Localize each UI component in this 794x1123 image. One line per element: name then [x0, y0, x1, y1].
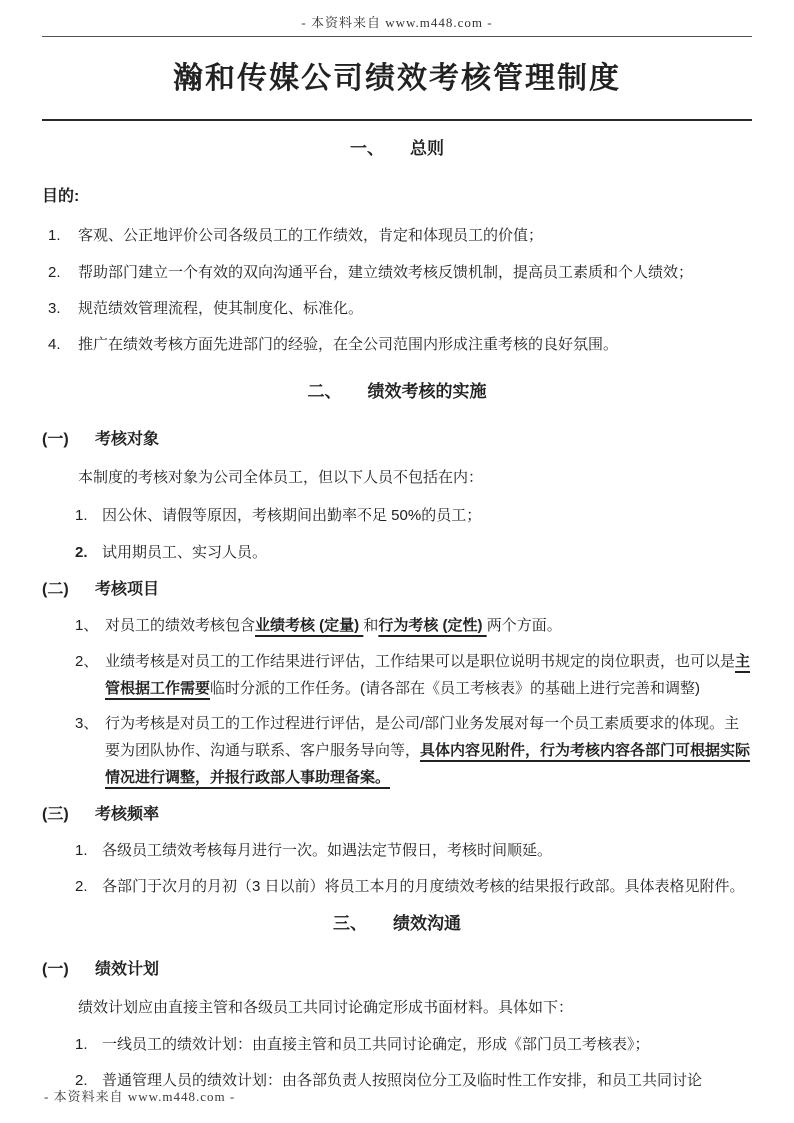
subsection-appraisal-items-heading: (二) 考核项目 [42, 578, 752, 602]
purpose-item-3: 3. 规范绩效管理流程，使其制度化、标准化。 [48, 295, 752, 322]
chapter-3-heading: 三、 绩效沟通 [42, 912, 752, 936]
item-text: 推广在绩效考核方面先进部门的经验，在全公司范围内形成注重考核的良好氛围。 [78, 331, 618, 358]
item-text: 业绩考核是对员工的工作结果进行评估，工作结果可以是职位说明书规定的岗位职责，也可… [105, 648, 752, 702]
item-marker: 1. [75, 837, 102, 864]
item-text: 一线员工的绩效计划：由直接主管和员工共同讨论确定，形成《部门员工考核表》； [102, 1031, 650, 1058]
subsection-title: 考核项目 [95, 578, 159, 602]
document-title: 瀚和传媒公司绩效考核管理制度 [42, 59, 752, 99]
text-segment: 业绩考核是对员工的工作结果进行评估，工作结果可以是职位说明书规定的岗位职责，也可… [105, 653, 735, 670]
target-exclusion-1: 1. 因公休、请假等原因，考核期间出勤率不足 50%的员工； [75, 502, 752, 529]
subsection-marker: (一) [42, 428, 95, 452]
appraisal-targets-list: 1. 因公休、请假等原因，考核期间出勤率不足 50%的员工； 2. 试用期员工、… [42, 502, 752, 566]
purpose-label: 目的: [42, 183, 752, 206]
performance-plan-intro: 绩效计划应由直接主管和各级员工共同讨论确定形成书面材料。具体如下： [78, 994, 752, 1021]
subsection-marker: (一) [42, 958, 95, 982]
item-text: 各级员工绩效考核每月进行一次。如遇法定节假日，考核时间顺延。 [102, 837, 552, 864]
text-segment: 临时分派的工作任务。(请各部在《员工考核表》的基础上进行完善和调整) [210, 680, 700, 697]
item-text: 行为考核是对员工的工作过程进行评估，是公司/部门业务发展对每一个员工素质要求的体… [105, 710, 752, 791]
chapter-3-number: 三、 [333, 912, 367, 936]
subsection-title: 考核对象 [95, 428, 159, 452]
appraisal-frequency-list: 1. 各级员工绩效考核每月进行一次。如遇法定节假日，考核时间顺延。 2. 各部门… [42, 837, 752, 900]
header-watermark: - 本资料来自 www.m448.com - [42, 12, 752, 31]
text-segment: 对员工的绩效考核包含 [105, 617, 255, 634]
appraisal-targets-intro: 本制度的考核对象为公司全体员工，但以下人员不包括在内： [78, 464, 752, 491]
item-marker: 2、 [75, 648, 105, 675]
chapter-2-number: 二、 [308, 380, 342, 404]
item-text: 因公休、请假等原因，考核期间出勤率不足 50%的员工； [102, 502, 481, 529]
item-marker: 2. [75, 873, 102, 900]
item-marker: 2. [48, 259, 78, 286]
performance-plan-list: 1. 一线员工的绩效计划：由直接主管和员工共同讨论确定，形成《部门员工考核表》；… [42, 1031, 752, 1094]
chapter-1-heading: 一、 总则 [42, 137, 752, 161]
frequency-item-2: 2. 各部门于次月的月初（3 日以前）将员工本月的月度绩效考核的结果报行政部。具… [75, 873, 752, 900]
title-divider [42, 119, 752, 121]
appraisal-items-list: 1、 对员工的绩效考核包含业绩考核 (定量) 和行为考核 (定性) 两个方面。 … [42, 612, 752, 791]
item-marker: 2. [75, 539, 102, 566]
emphasized-segment: 业绩考核 (定量) [255, 617, 363, 634]
item-marker: 1. [48, 222, 78, 249]
chapter-2-heading: 二、 绩效考核的实施 [42, 380, 752, 404]
appraisal-item-1: 1、 对员工的绩效考核包含业绩考核 (定量) 和行为考核 (定性) 两个方面。 [75, 612, 752, 639]
page-footer: - 本资料来自 www.m448.com - [44, 1086, 235, 1105]
item-marker: 1、 [75, 612, 105, 639]
text-segment: 两个方面。 [487, 617, 562, 634]
chapter-2-title: 绩效考核的实施 [368, 380, 487, 404]
subsection-marker: (三) [42, 803, 95, 827]
item-marker: 1. [75, 1031, 102, 1058]
footer-watermark: - 本资料来自 www.m448.com - [44, 1086, 235, 1105]
item-marker: 3. [48, 295, 78, 322]
frequency-item-1: 1. 各级员工绩效考核每月进行一次。如遇法定节假日，考核时间顺延。 [75, 837, 752, 864]
chapter-3-title: 绩效沟通 [393, 912, 461, 936]
purpose-item-2: 2. 帮助部门建立一个有效的双向沟通平台，建立绩效考核反馈机制，提高员工素质和个… [48, 259, 752, 286]
item-text: 对员工的绩效考核包含业绩考核 (定量) 和行为考核 (定性) 两个方面。 [105, 612, 562, 639]
subsection-title: 考核频率 [95, 803, 159, 827]
text-segment: 和 [363, 617, 378, 634]
chapter-1-number: 一、 [350, 137, 384, 161]
subsection-performance-plan-heading: (一) 绩效计划 [42, 958, 752, 982]
subsection-appraisal-frequency-heading: (三) 考核频率 [42, 803, 752, 827]
item-marker: 3、 [75, 710, 105, 737]
chapter-1-title: 总则 [410, 137, 444, 161]
purpose-list: 1. 客观、公正地评价公司各级员工的工作绩效，肯定和体现员工的价值； 2. 帮助… [42, 222, 752, 358]
appraisal-item-2: 2、 业绩考核是对员工的工作结果进行评估，工作结果可以是职位说明书规定的岗位职责… [75, 648, 752, 702]
item-text: 试用期员工、实习人员。 [102, 539, 267, 566]
item-text: 规范绩效管理流程，使其制度化、标准化。 [78, 295, 363, 322]
target-exclusion-2: 2. 试用期员工、实习人员。 [75, 539, 752, 566]
plan-item-1: 1. 一线员工的绩效计划：由直接主管和员工共同讨论确定，形成《部门员工考核表》； [75, 1031, 752, 1058]
emphasized-segment: 行为考核 (定性) [378, 617, 486, 634]
item-marker: 1. [75, 502, 102, 529]
appraisal-item-3: 3、 行为考核是对员工的工作过程进行评估，是公司/部门业务发展对每一个员工素质要… [75, 710, 752, 791]
page-header: - 本资料来自 www.m448.com - [42, 0, 752, 37]
item-text: 客观、公正地评价公司各级员工的工作绩效，肯定和体现员工的价值； [78, 222, 543, 249]
purpose-item-4: 4. 推广在绩效考核方面先进部门的经验，在全公司范围内形成注重考核的良好氛围。 [48, 331, 752, 358]
document-page: - 本资料来自 www.m448.com - 瀚和传媒公司绩效考核管理制度 一、… [0, 0, 794, 1123]
item-text: 帮助部门建立一个有效的双向沟通平台，建立绩效考核反馈机制，提高员工素质和个人绩效… [78, 259, 693, 286]
subsection-marker: (二) [42, 578, 95, 602]
item-text: 各部门于次月的月初（3 日以前）将员工本月的月度绩效考核的结果报行政部。具体表格… [102, 873, 745, 900]
purpose-item-1: 1. 客观、公正地评价公司各级员工的工作绩效，肯定和体现员工的价值； [48, 222, 752, 249]
subsection-appraisal-targets-heading: (一) 考核对象 [42, 428, 752, 452]
item-marker: 4. [48, 331, 78, 358]
subsection-title: 绩效计划 [95, 958, 159, 982]
